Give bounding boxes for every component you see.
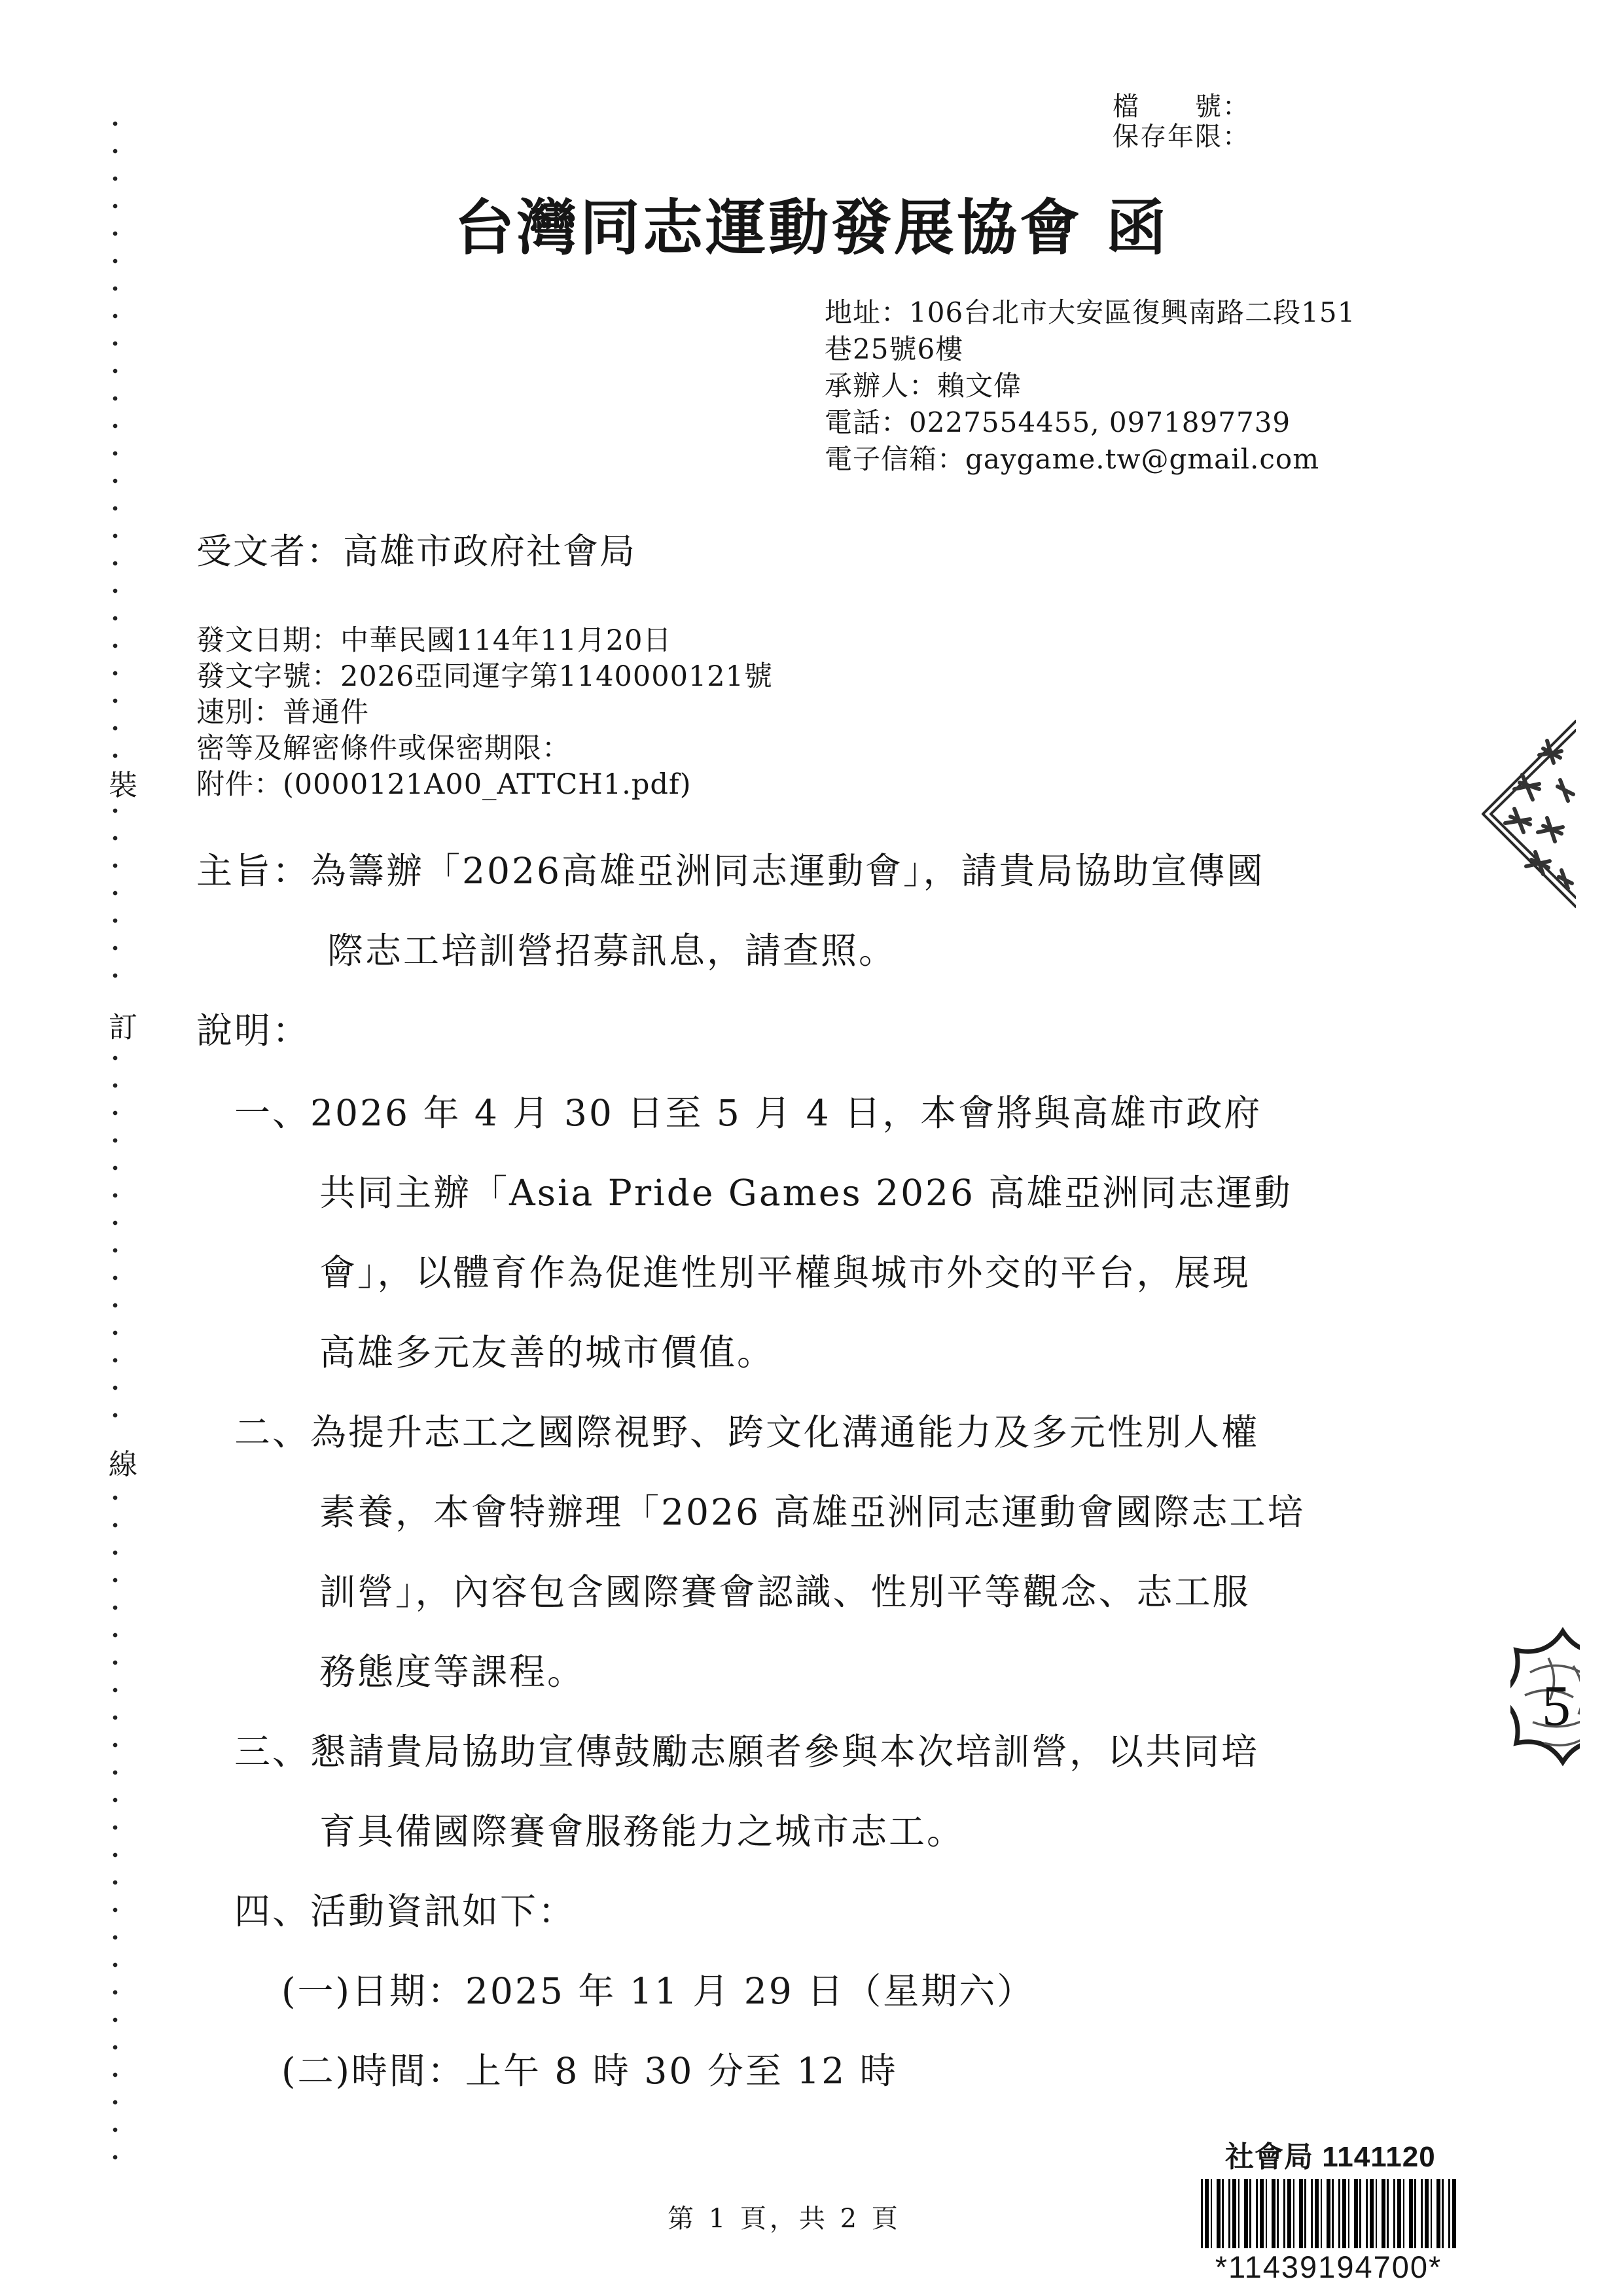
item-3-line-2: 育具備國際賽會服務能力之城市志工。 bbox=[319, 1811, 965, 1852]
subject-line-1: 主旨：為籌辦「2026高雄亞洲同志運動會」，請貴局協助宣傳國 bbox=[196, 851, 1264, 892]
item-1-line-4: 高雄多元友善的城市價值。 bbox=[319, 1332, 775, 1373]
received-document-stamp bbox=[1480, 715, 1576, 913]
item-1-line-1: 一、2026 年 4 月 30 日至 5 月 4 日，本會將與高雄市政府 bbox=[234, 1093, 1262, 1134]
document-title: 台灣同志運動發展協會 函 bbox=[0, 194, 1623, 263]
binding-mark-xian: 線 bbox=[103, 1437, 143, 1487]
dept-code: 社會局 1141120 bbox=[1225, 2141, 1436, 2174]
sender-phone: 電話：0227554455, 0971897739 bbox=[825, 407, 1291, 438]
item-3-line-1: 三、懇請貴局協助宣傳鼓勵志願者參與本次培訓營，以共同培 bbox=[234, 1731, 1259, 1773]
item-2-line-4: 務態度等課程。 bbox=[319, 1651, 585, 1693]
security-line: 密等及解密條件或保密期限： bbox=[196, 733, 571, 765]
binding-mark-ding: 訂 bbox=[103, 1000, 143, 1050]
item-2-line-1: 二、為提升志工之國際視野、跨文化溝通能力及多元性別人權 bbox=[234, 1412, 1259, 1453]
official-letter-page: 檔 號： 保存年限： 台灣同志運動發展協會 函 地址：106台北市大安區復興南路… bbox=[0, 0, 1623, 2296]
svg-text:5: 5 bbox=[1542, 1674, 1571, 1738]
item-4-sub-1-date: (一)日期：2025 年 11 月 29 日（星期六） bbox=[281, 1971, 1035, 2012]
page-number: 第 1 頁，共 2 頁 bbox=[668, 2204, 901, 2234]
barcode-text: *11439194700* bbox=[1201, 2250, 1456, 2285]
issue-date-line: 發文日期：中華民國114年11月20日 bbox=[196, 625, 672, 657]
doc-number-line: 發文字號：2026亞同運字第1140000121號 bbox=[196, 661, 773, 693]
subject-line-2: 際志工培訓營招募訊息，請查照。 bbox=[327, 930, 897, 972]
sender-contact-person: 承辦人：賴文偉 bbox=[825, 370, 1022, 402]
item-1-line-3: 會」，以體育作為促進性別平權與城市外交的平台，展現 bbox=[319, 1252, 1251, 1294]
file-number-label: 檔 號： bbox=[1113, 92, 1250, 122]
sender-email: 電子信箱：gaygame.tw@gmail.com bbox=[825, 444, 1319, 475]
attachment-line: 附件：(0000121A00_ATTCH1.pdf) bbox=[196, 769, 692, 801]
star-seal-stamp: 5 bbox=[1510, 1627, 1580, 1769]
sender-address-line2: 巷25號6樓 bbox=[825, 334, 963, 365]
retention-period-label: 保存年限： bbox=[1113, 122, 1250, 152]
item-2-line-3: 訓營」，內容包含國際賽會認識、性別平等觀念、志工服 bbox=[319, 1572, 1251, 1613]
explanation-label: 說明： bbox=[196, 1010, 310, 1051]
item-4-sub-2-time: (二)時間：上午 8 時 30 分至 12 時 bbox=[281, 2051, 898, 2092]
item-4-line-1: 四、活動資訊如下： bbox=[234, 1891, 576, 1932]
speed-line: 速別：普通件 bbox=[196, 697, 369, 729]
binding-mark-zhuang: 裝 bbox=[103, 758, 143, 807]
sender-address-line1: 地址：106台北市大安區復興南路二段151 bbox=[825, 297, 1355, 328]
barcode bbox=[1201, 2179, 1456, 2248]
recipient-line: 受文者：高雄市政府社會局 bbox=[196, 531, 636, 572]
item-2-line-2: 素養，本會特辦理「2026 高雄亞洲同志運動會國際志工培 bbox=[319, 1492, 1305, 1533]
item-1-line-2: 共同主辦「Asia Pride Games 2026 高雄亞洲同志運動 bbox=[319, 1173, 1293, 1214]
binding-dotted-line bbox=[113, 121, 118, 2166]
